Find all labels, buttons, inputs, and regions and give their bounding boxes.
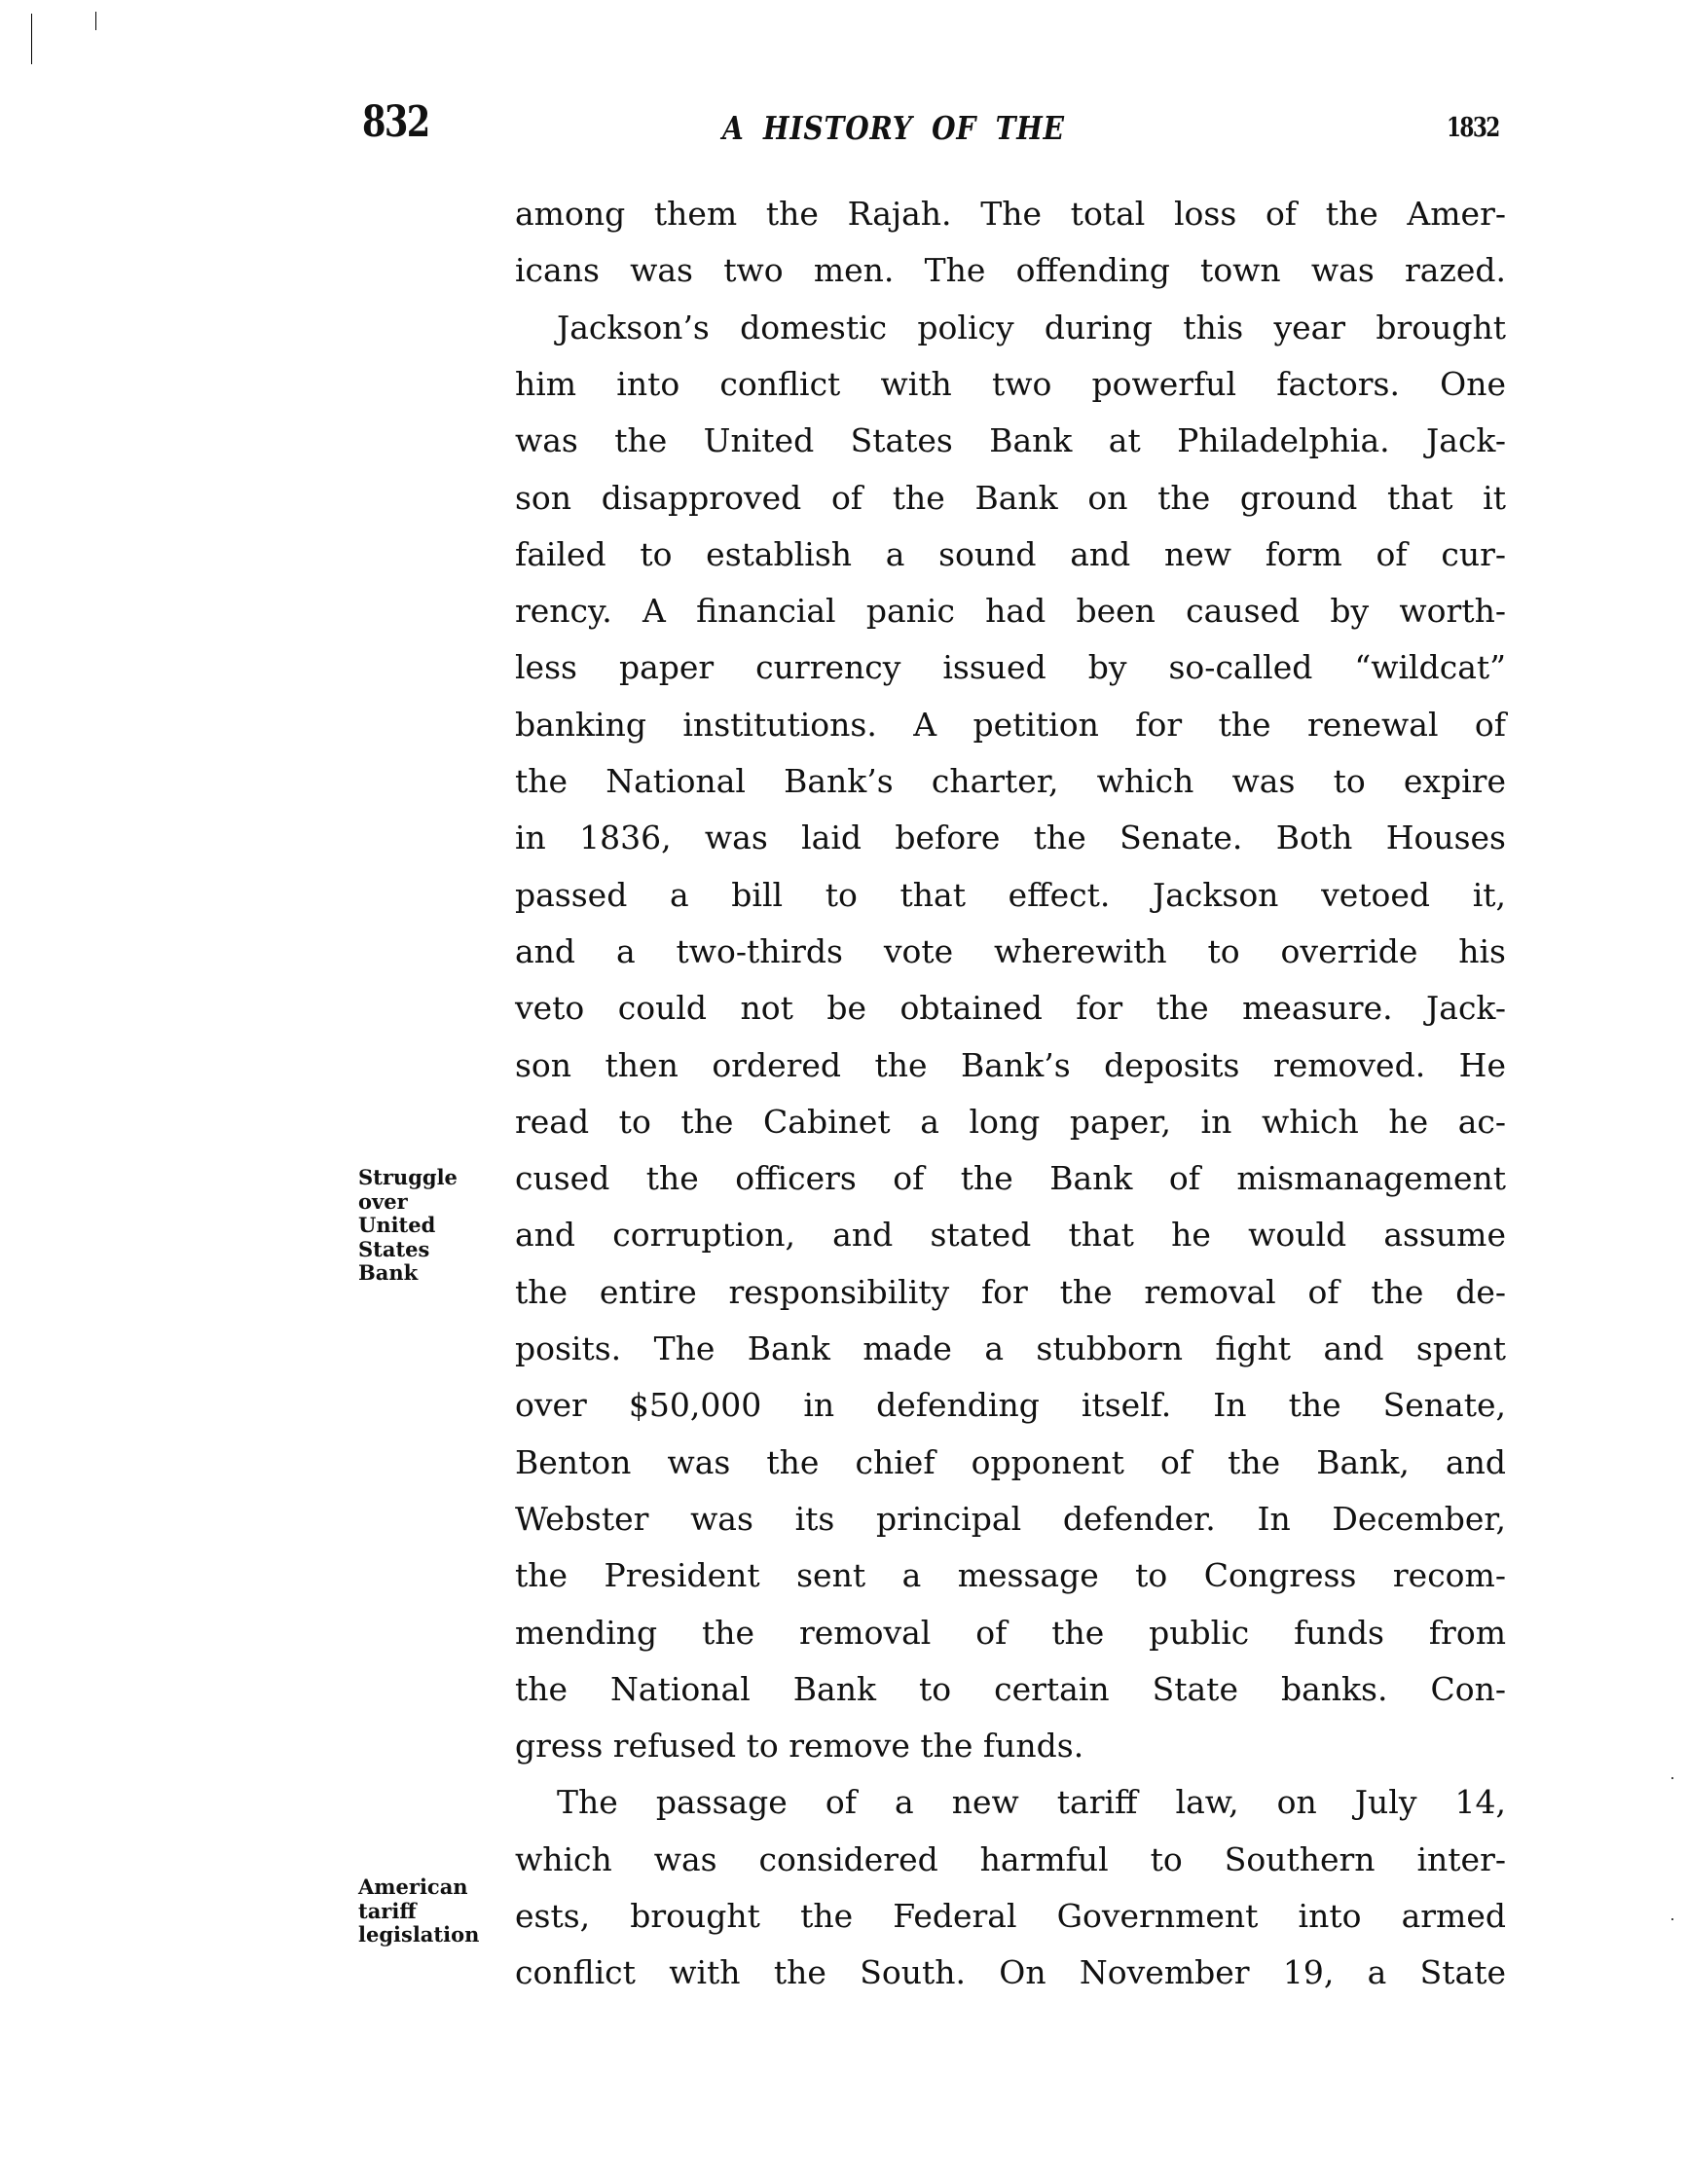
text-line: son disapproved of the Bank on the groun… — [515, 479, 1506, 535]
text-line: rency. A financial panic had been caused… — [515, 592, 1506, 648]
text-line: which was considered harmful to Southern… — [515, 1840, 1506, 1897]
text-line: mending the removal of the public funds … — [515, 1614, 1506, 1670]
paragraph-end-line: gress refused to remove the funds. — [515, 1727, 1506, 1783]
text-line: son then ordered the Bank’s deposits rem… — [515, 1046, 1506, 1103]
running-head: 832 A HISTORY OF THE 1832 — [0, 0, 1688, 156]
text-line: icans was two men. The offending town wa… — [515, 251, 1506, 308]
text-line: was the United States Bank at Philadelph… — [515, 421, 1506, 478]
margin-note-line: Struggle — [358, 1166, 458, 1190]
running-title: A HISTORY OF THE — [722, 109, 1065, 148]
text-line: and corruption, and stated that he would… — [515, 1216, 1506, 1272]
margin-note-line: over — [358, 1190, 458, 1215]
margin-note-bank-struggle: Struggle over United States Bank — [358, 1166, 458, 1286]
margin-note-line: American — [358, 1875, 479, 1900]
text-line: him into conflict with two powerful fact… — [515, 365, 1506, 421]
running-year: 1832 — [1447, 114, 1499, 143]
margin-note-line: United — [358, 1214, 458, 1238]
text-line: ests, brought the Federal Government int… — [515, 1897, 1506, 1953]
margin-note-tariff: American tariff legislation — [358, 1875, 479, 1947]
text-line: failed to establish a sound and new form… — [515, 535, 1506, 592]
text-line: less paper currency issued by so-called … — [515, 648, 1506, 705]
text-line: conflict with the South. On November 19,… — [515, 1953, 1506, 2010]
text-line: passed a bill to that effect. Jackson ve… — [515, 876, 1506, 932]
margin-note-line: tariff — [358, 1900, 479, 1924]
text-line: the National Bank to certain State banks… — [515, 1670, 1506, 1727]
page-number: 832 — [362, 101, 429, 144]
text-line: and a two-thirds vote wherewith to overr… — [515, 932, 1506, 989]
margin-note-line: Bank — [358, 1261, 458, 1286]
text-line: among them the Rajah. The total loss of … — [515, 195, 1506, 251]
paragraph-start-line: Jackson’s domestic policy during this ye… — [515, 309, 1506, 365]
text-line: over $50,000 in defending itself. In the… — [515, 1386, 1506, 1442]
text-line: the National Bank’s charter, which was t… — [515, 762, 1506, 819]
text-line: posits. The Bank made a stubborn fight a… — [515, 1329, 1506, 1386]
text-line: read to the Cabinet a long paper, in whi… — [515, 1103, 1506, 1159]
text-line: banking institutions. A petition for the… — [515, 706, 1506, 762]
scan-speck — [1671, 1918, 1673, 1920]
text-line: in 1836, was laid before the Senate. Bot… — [515, 819, 1506, 875]
margin-note-line: States — [358, 1238, 458, 1262]
scan-speck — [1671, 1777, 1673, 1779]
paragraph-start-line: The passage of a new tariff law, on July… — [515, 1783, 1506, 1839]
margin-note-line: legislation — [358, 1923, 479, 1947]
text-line: Webster was its principal defender. In D… — [515, 1500, 1506, 1556]
text-line: Benton was the chief opponent of the Ban… — [515, 1443, 1506, 1500]
text-line: the entire responsibility for the remova… — [515, 1273, 1506, 1329]
text-line: the President sent a message to Congress… — [515, 1556, 1506, 1613]
text-line: cused the officers of the Bank of misman… — [515, 1159, 1506, 1216]
text-line: veto could not be obtained for the measu… — [515, 989, 1506, 1045]
